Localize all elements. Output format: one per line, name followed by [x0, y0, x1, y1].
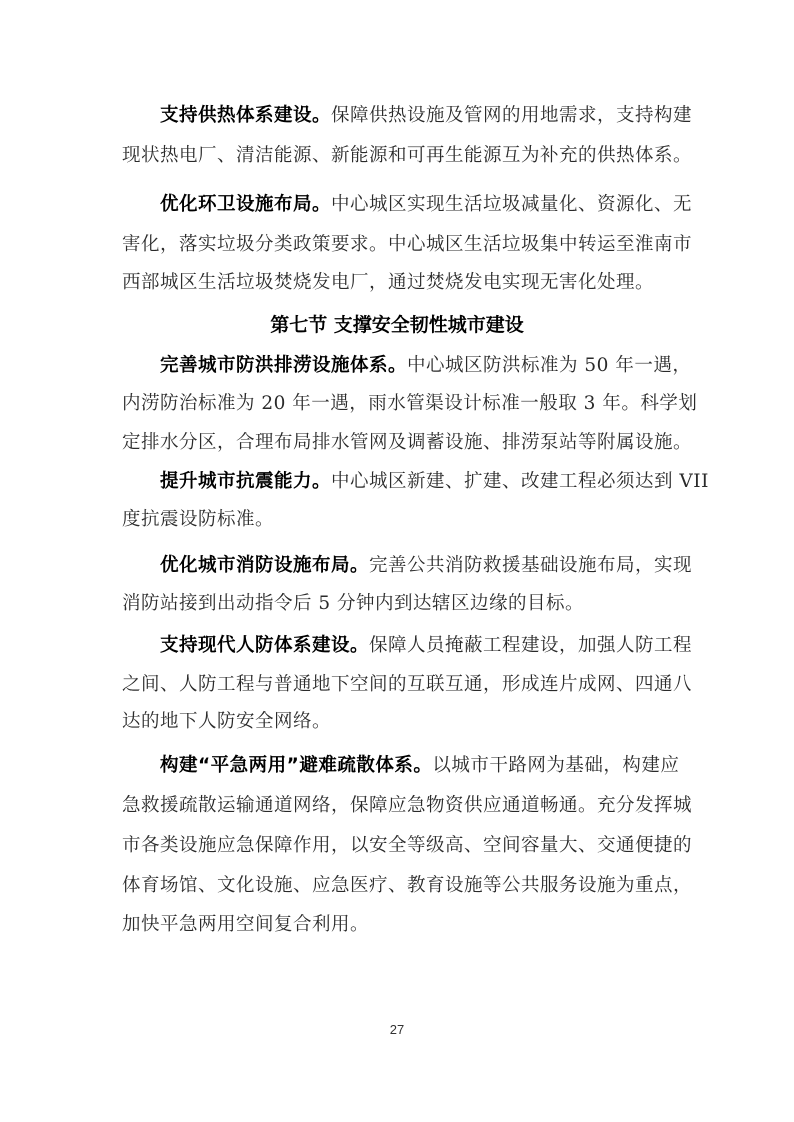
paragraph-flood-line-1: 完善城市防洪排涝设施体系。中心城区防洪标准为 50 年一遇，: [160, 352, 674, 380]
paragraph-text: 中心城区新建、扩建、改建工程必须达到 VII: [331, 471, 709, 492]
bold-lead-fire: 优化城市消防设施布局。: [160, 555, 369, 576]
bold-lead-evacuation: 构建“平急两用”避难疏散体系。: [160, 755, 432, 776]
section-heading: 第七节 支撑安全韧性城市建设: [0, 311, 794, 339]
paragraph-text: 中心城区实现生活垃圾减量化、资源化、无: [331, 194, 692, 215]
paragraph-fire-line-1: 优化城市消防设施布局。完善公共消防救援基础设施布局，实现: [160, 552, 674, 580]
paragraph-evacuation-line-1: 构建“平急两用”避难疏散体系。以城市干路网为基础，构建应: [160, 752, 674, 780]
paragraph-evacuation-line-3: 市各类设施应急保障作用，以安全等级高、空间容量大、交通便捷的: [122, 832, 674, 860]
paragraph-heating-line-1: 支持供热体系建设。保障供热设施及管网的用地需求，支持构建: [160, 102, 674, 130]
bold-lead-sanitation: 优化环卫设施布局。: [160, 194, 331, 215]
paragraph-flood-line-2: 内涝防治标准为 20 年一遇，雨水管渠设计标准一般取 3 年。科学划: [122, 390, 674, 418]
bold-lead-seismic: 提升城市抗震能力。: [160, 471, 331, 492]
paragraph-evacuation-line-2: 急救援疏散运输通道网络，保障应急物资供应通道畅通。充分发挥城: [122, 792, 674, 820]
bold-lead-civil-defense: 支持现代人防体系建设。: [160, 635, 369, 656]
paragraph-seismic-line-1: 提升城市抗震能力。中心城区新建、扩建、改建工程必须达到 VII: [160, 468, 674, 496]
paragraph-seismic-line-2: 度抗震设防标准。: [122, 506, 674, 534]
paragraph-civil-defense-line-3: 达的地下人防安全网络。: [122, 708, 674, 736]
paragraph-sanitation-line-2: 害化，落实垃圾分类政策要求。中心城区生活垃圾集中转运至淮南市: [122, 231, 674, 259]
paragraph-fire-line-2: 消防站接到出动指令后 5 分钟内到达辖区边缘的目标。: [122, 590, 674, 618]
bold-lead-flood: 完善城市防洪排涝设施体系。: [160, 355, 407, 376]
page-number: 27: [0, 1022, 794, 1037]
paragraph-civil-defense-line-1: 支持现代人防体系建设。保障人员掩蔽工程建设，加强人防工程: [160, 632, 674, 660]
paragraph-text: 保障人员掩蔽工程建设，加强人防工程: [369, 635, 692, 656]
paragraph-sanitation-line-3: 西部城区生活垃圾焚烧发电厂，通过焚烧发电实现无害化处理。: [122, 269, 674, 297]
paragraph-flood-line-3: 定排水分区，合理布局排水管网及调蓄设施、排涝泵站等附属设施。: [122, 429, 674, 457]
paragraph-text: 保障供热设施及管网的用地需求，支持构建: [331, 105, 692, 126]
document-page: 支持供热体系建设。保障供热设施及管网的用地需求，支持构建 现状热电厂、清洁能源、…: [0, 0, 794, 1122]
paragraph-heating-line-2: 现状热电厂、清洁能源、新能源和可再生能源互为补充的供热体系。: [122, 142, 674, 170]
paragraph-text: 以城市干路网为基础，构建应: [432, 755, 679, 776]
paragraph-civil-defense-line-2: 之间、人防工程与普通地下空间的互联互通，形成连片成网、四通八: [122, 671, 674, 699]
paragraph-evacuation-line-5: 加快平急两用空间复合利用。: [122, 911, 674, 939]
paragraph-text: 完善公共消防救援基础设施布局，实现: [369, 555, 692, 576]
paragraph-evacuation-line-4: 体育场馆、文化设施、应急医疗、教育设施等公共服务设施为重点，: [122, 872, 674, 900]
bold-lead-heating: 支持供热体系建设。: [160, 105, 331, 126]
paragraph-sanitation-line-1: 优化环卫设施布局。中心城区实现生活垃圾减量化、资源化、无: [160, 191, 674, 219]
paragraph-text: 中心城区防洪标准为 50 年一遇，: [407, 355, 691, 376]
